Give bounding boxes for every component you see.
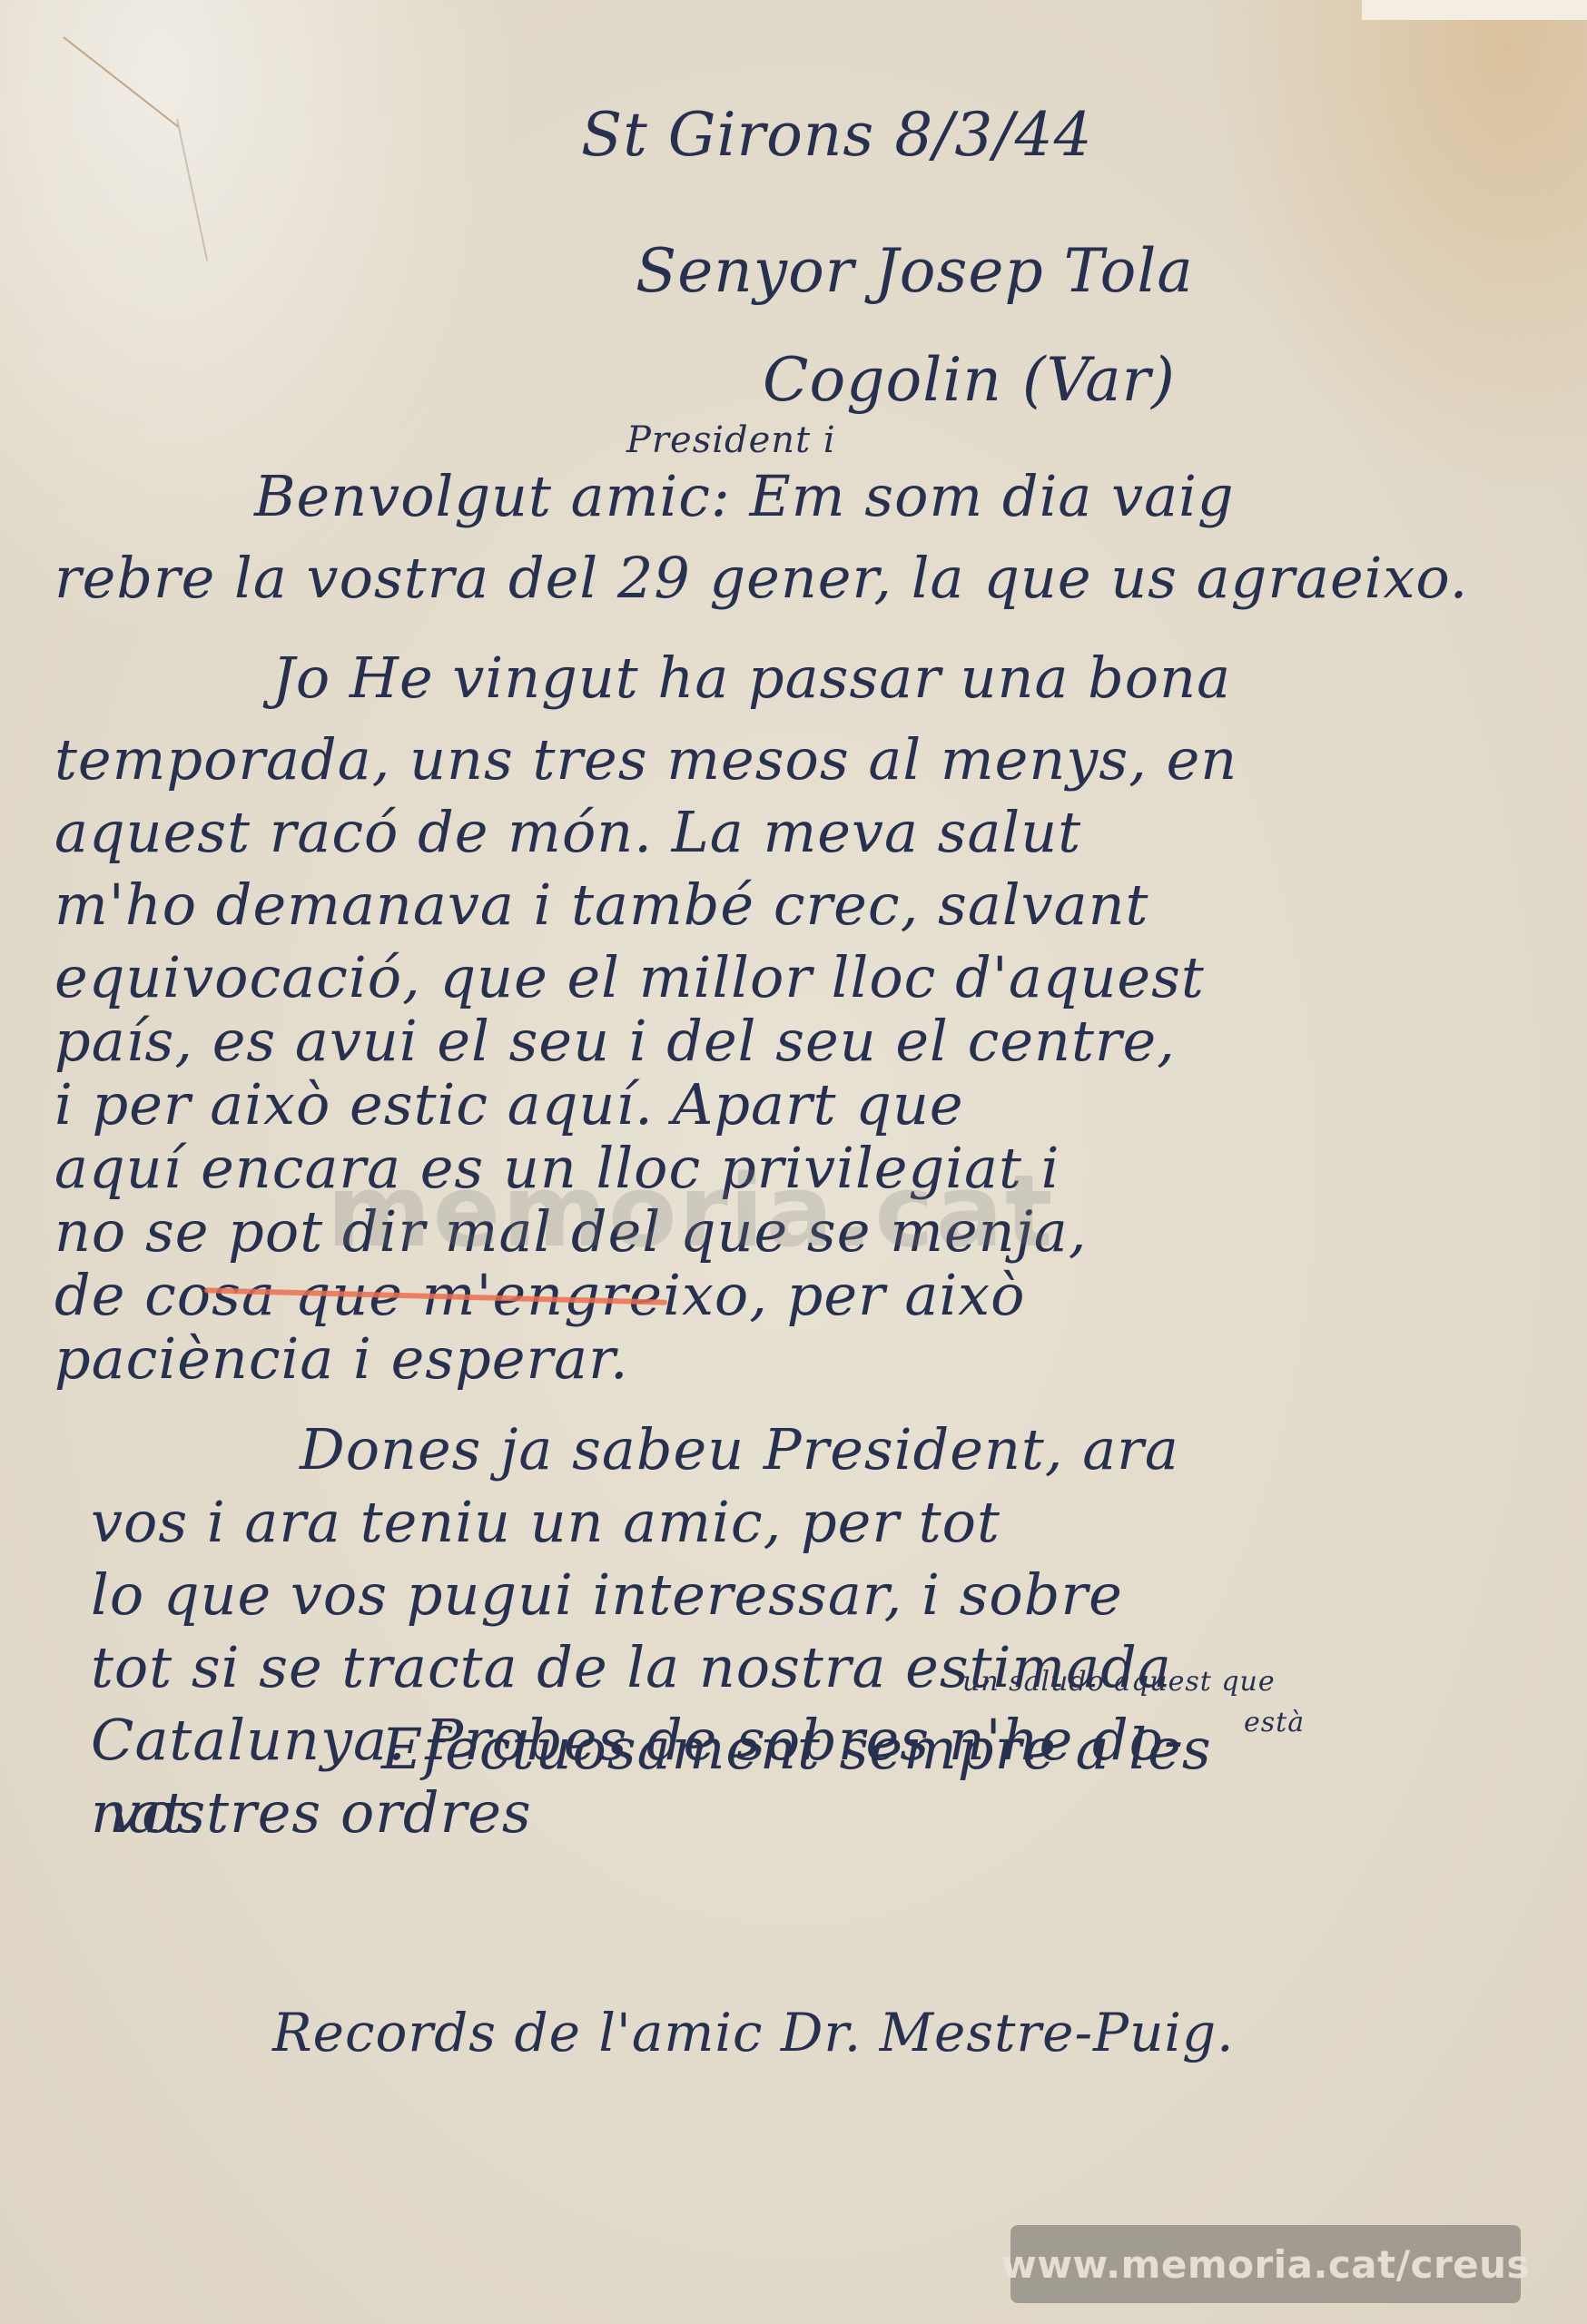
- recipient-name: Senyor Josep Tola: [636, 236, 1194, 306]
- letter-line: equivocació, que el millor lloc d'aquest: [54, 944, 1205, 1010]
- letter-line: vos i ara teniu un amic, per tot: [91, 1489, 1000, 1555]
- closing-insert: un saludo aquest que: [962, 1666, 1276, 1698]
- letter-line: temporada, uns tres mesos al menys, en: [54, 726, 1237, 793]
- background-watermark: memoria.cat: [327, 1153, 1054, 1269]
- letter-line: m'ho demanava i també crec, salvant: [54, 871, 1148, 938]
- signature: Records de l'amic Dr. Mestre-Puig.: [272, 2002, 1235, 2063]
- paper-edge-strip: [1362, 0, 1587, 20]
- closing-line: Efectuosament sempre a les: [381, 1716, 1212, 1782]
- letter-line: aquest racó de món. La meva salut: [54, 799, 1081, 865]
- salutation-insert: President i: [626, 419, 836, 461]
- closing-insert-2: està: [1244, 1707, 1305, 1738]
- closing-line: vostres ordres: [109, 1779, 532, 1846]
- letter-line: Benvolgut amic: Em som dia vaig: [254, 463, 1235, 529]
- letter-line: país, es avui el seu i del seu el centre…: [54, 1008, 1176, 1074]
- letter-line: Jo He vingut ha passar una bona: [272, 645, 1231, 711]
- letter-line: lo que vos pugui interessar, i sobre: [91, 1561, 1123, 1628]
- recipient-place: Cogolin (Var): [763, 345, 1176, 415]
- letter-line: paciència i esperar.: [54, 1325, 629, 1392]
- letter-line: Dones ja sabeu President, ara: [300, 1416, 1179, 1482]
- letter-line: i per això estic aquí. Apart que: [54, 1071, 964, 1137]
- watermark-url: www.memoria.cat/creus: [1001, 2242, 1530, 2287]
- date-line: St Girons 8/3/44: [581, 100, 1093, 170]
- letter-line: rebre la vostra del 29 gener, la que us …: [54, 545, 1468, 611]
- watermark-badge: www.memoria.cat/creus: [1010, 2225, 1521, 2303]
- letter-line-struck: de cosa que m'engreixo, per això: [54, 1262, 1025, 1328]
